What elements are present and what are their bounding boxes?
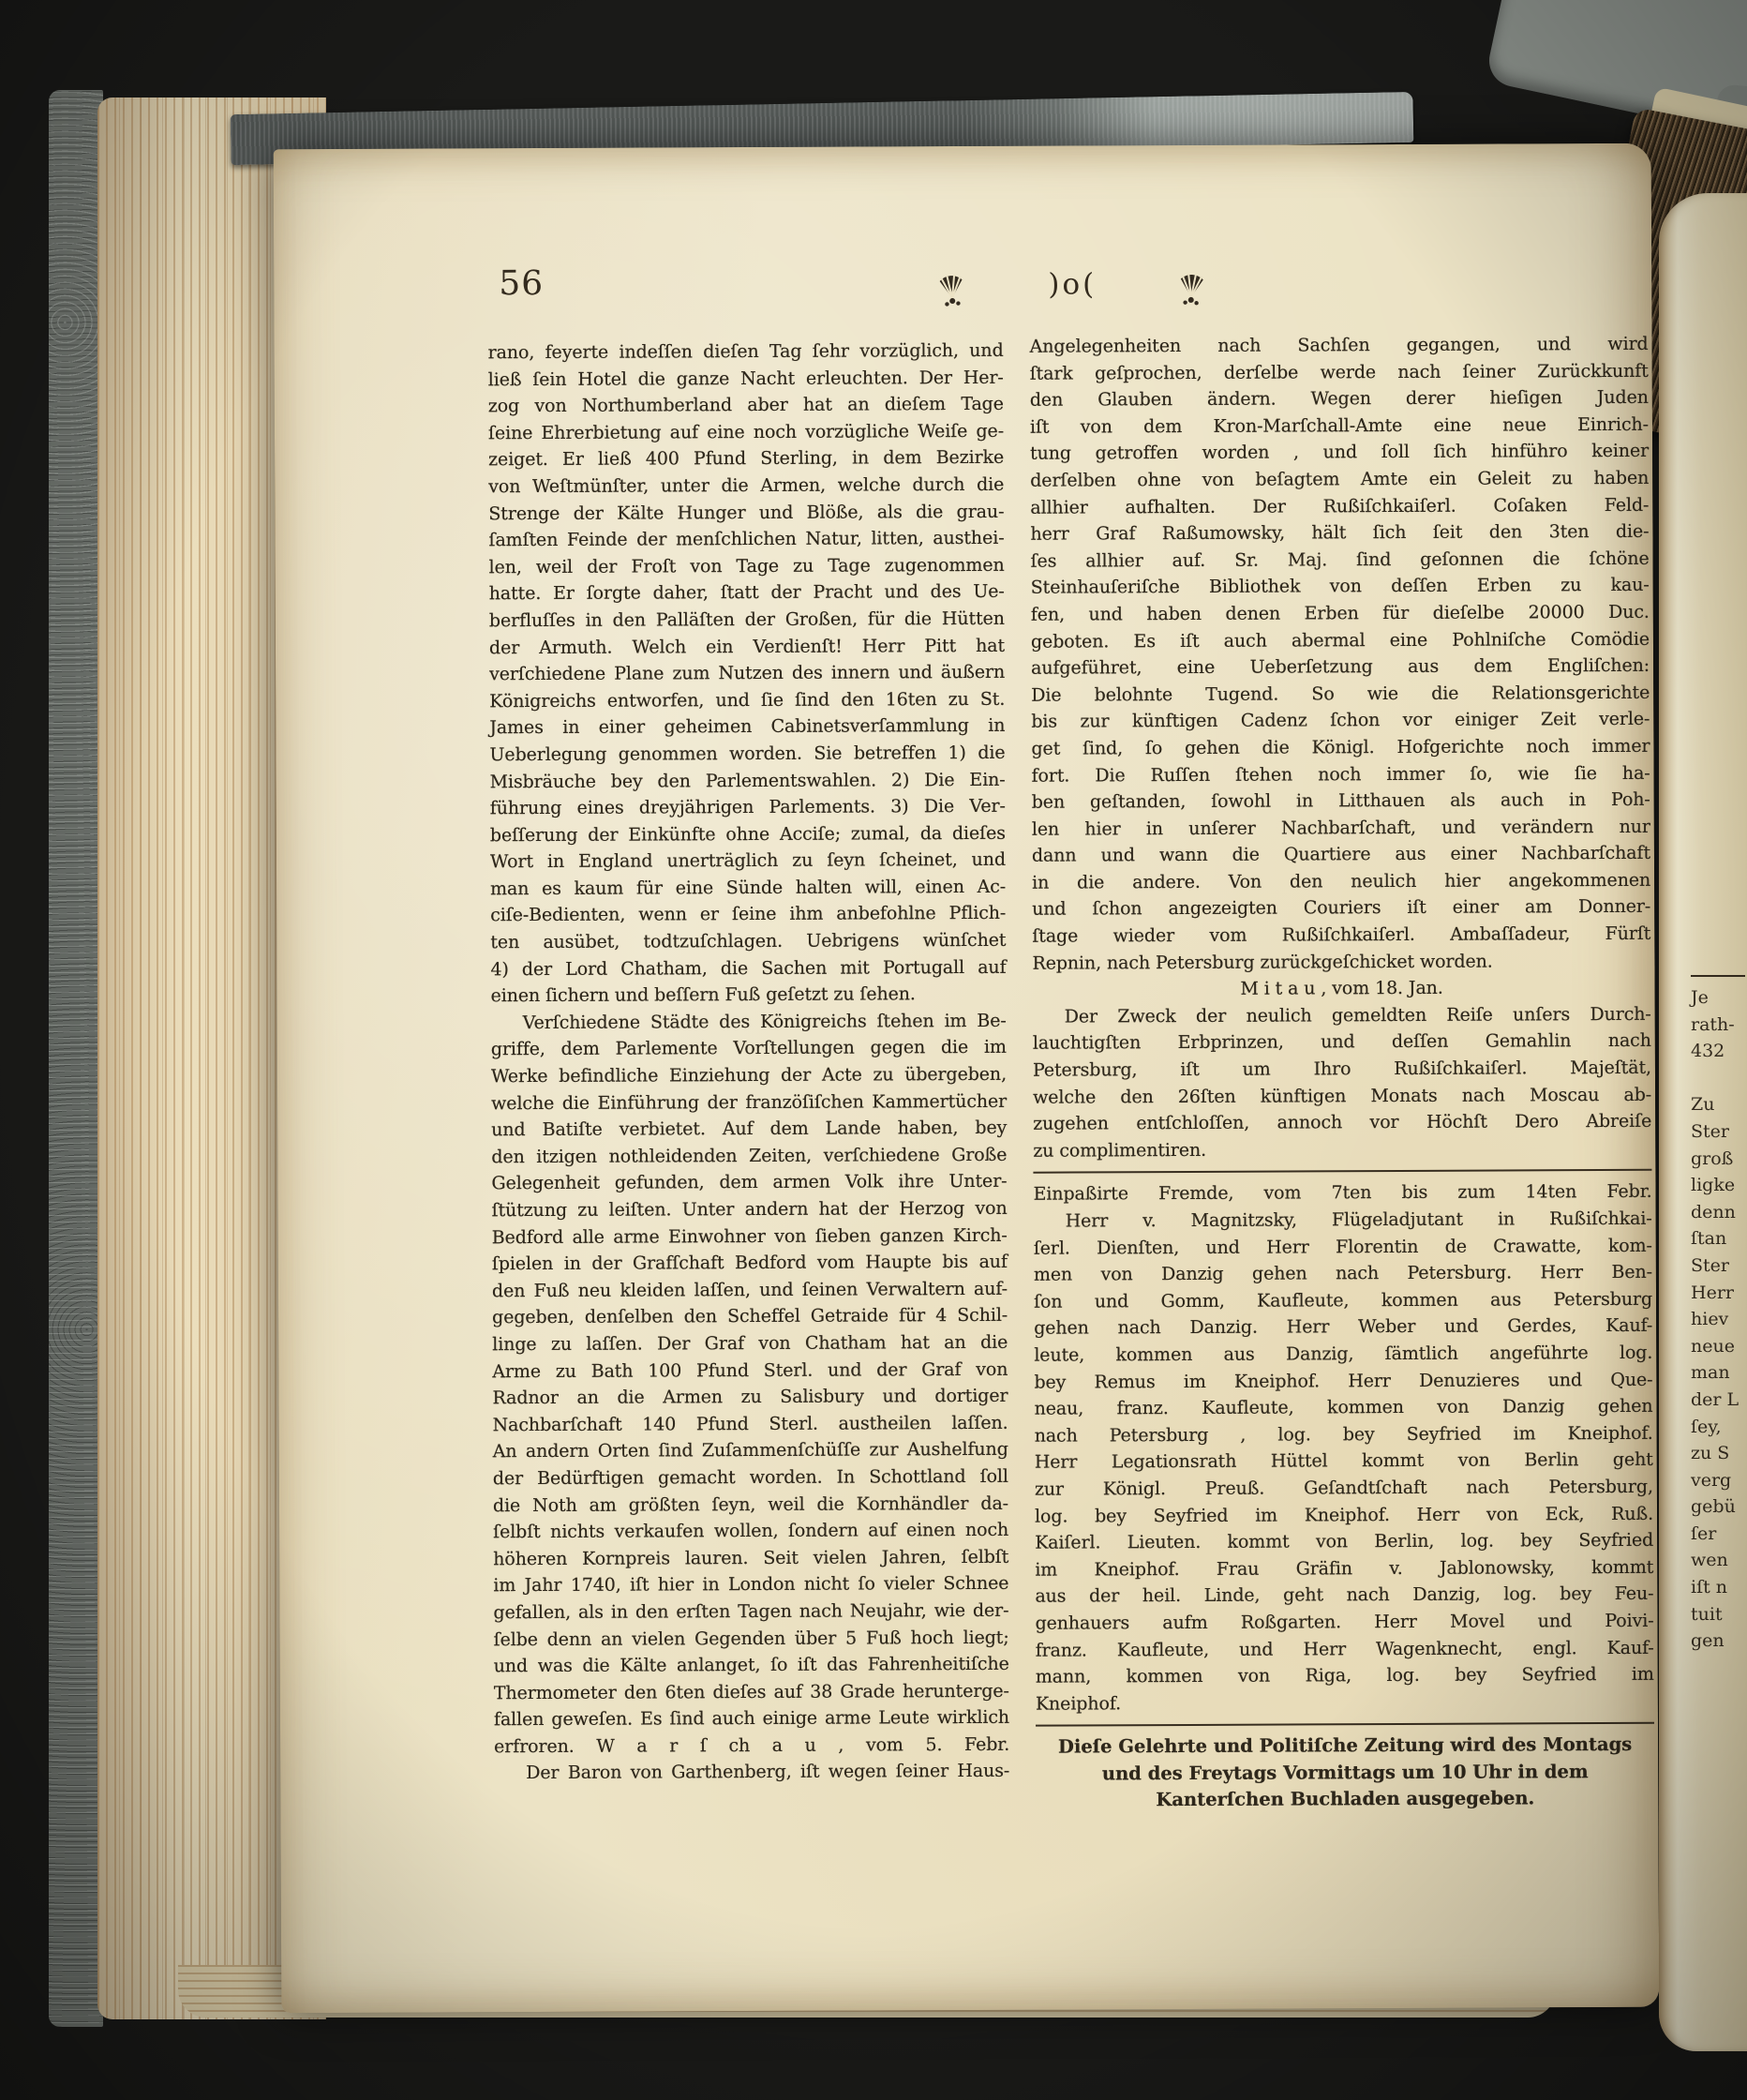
text-line: Strenge der Kälte Hunger und Blöße, als … (488, 498, 1004, 527)
text-line: erfroren. W a r ſ ch a u , vom 5. Febr. (494, 1732, 1009, 1761)
text-line: Einpaßirte Fremde, vom 7ten bis zum 14te… (1033, 1178, 1651, 1207)
text-line: den Glauben ändern. Wegen derer hieſigen… (1030, 384, 1649, 413)
shell-ornament-icon (929, 264, 976, 314)
text-line: len hier in unſerer Nachbarſchaft, und v… (1032, 814, 1650, 843)
text-line: im Jahr 1740, iſt hier in London nicht ſ… (493, 1570, 1008, 1599)
text-line: ſpielen in der Grafſchaft Bedford vom Ha… (492, 1249, 1008, 1278)
text-line: ciſe-Bedienten, wenn er ſeine ihm anbefo… (490, 900, 1006, 929)
text-line: Thermometer den 6ten dieſes auf 38 Grade… (494, 1677, 1009, 1706)
publication-notice: Dieſe Gelehrte und Politiſche Zeitung wi… (1036, 1732, 1654, 1815)
text-fragment: neue (1691, 1333, 1747, 1360)
right-column-text: Angelegenheiten nach Sachſen gegangen, u… (1030, 331, 1655, 1734)
text-line: iſt von dem Kron-Marſchall-Amte eine neu… (1030, 412, 1649, 441)
text-line: herr Graf Raßumowsky, hält ſich ſeit den… (1030, 518, 1649, 547)
text-line: zog von Northumberland aber hat an dieſe… (488, 391, 1004, 420)
text-line: derſelben ohne von beſagtem Amte ein Gel… (1030, 465, 1649, 494)
text-line: Bedford alle arme Einwohner von ſieben g… (492, 1222, 1008, 1251)
text-line: Herr v. Magnitzsky, Flügeladjutant in Ru… (1034, 1206, 1652, 1235)
text-line: ſtark geſprochen, derſelbe werde nach ſe… (1030, 357, 1649, 386)
ornament-separator: )o( (1048, 267, 1097, 301)
text-fragment: ligke (1691, 1172, 1747, 1199)
text-line: Die belohnte Tugend. So wie die Relation… (1031, 680, 1650, 709)
text-fragment: der L (1691, 1387, 1747, 1414)
text-fragment (1691, 967, 1747, 984)
text-line: Arme zu Bath 100 Pfund Sterl. und der Gr… (492, 1356, 1008, 1385)
text-line: Herr Legationsrath Hüttel kommt von Berl… (1035, 1447, 1653, 1476)
text-line: bey Remus im Kneiphof. Herr Denuzieres u… (1034, 1366, 1652, 1395)
text-fragment: rath- (1691, 1012, 1747, 1039)
text-line: den itzigen nothleidenden Zeiten, verſch… (491, 1142, 1007, 1171)
text-line: von Weſtmünſter, unter die Armen, welche… (488, 472, 1004, 501)
text-line: Werke befindliche Einziehung der Acte zu… (491, 1061, 1007, 1090)
text-line: bis zur künftigen Cadenz ſchon vor einig… (1031, 706, 1650, 735)
text-line: mann, kommen von Riga, log. bey Seyfried… (1036, 1661, 1654, 1690)
text-line: griffe, dem Parlemente Vorſtellungen geg… (491, 1034, 1007, 1063)
text-line: allhier aufhalten. Der Rußiſchkaiſerl. C… (1030, 491, 1649, 520)
text-line: zeiget. Er ließ 400 Pfund Sterling, in d… (488, 444, 1004, 473)
text-line: James in einer geheimen Cabinetsverſamml… (489, 712, 1005, 742)
text-line: franz. Kaufleute, und Herr Wagenknecht, … (1036, 1634, 1654, 1663)
text-line: ten ausübet, todtzuſchlagen. Uebrigens w… (490, 927, 1006, 956)
text-fragment: zu S (1691, 1440, 1747, 1467)
text-line: An andern Orten ſind Zuſammenſchüſſe zur… (493, 1436, 1008, 1465)
text-line: ſelbſt nichts verkaufen wollen, ſondern … (493, 1517, 1008, 1546)
text-line: tung getroffen worden , und ſoll ſich hi… (1030, 438, 1649, 467)
text-line: ließ ſein Hotel die ganze Nacht erleucht… (488, 364, 1004, 393)
text-line: gefallen, als in den erſten Tagen nach N… (493, 1597, 1008, 1627)
text-line: men von Danzig gehen nach Petersburg. He… (1034, 1259, 1652, 1288)
text-line: fort. Die Ruſſen ſtehen noch immer ſo, w… (1032, 759, 1650, 788)
text-line: und was die Kälte anlanget, ſo iſt das F… (494, 1651, 1009, 1680)
text-line: lauchtigſten Erbprinzen, und deſſen Gema… (1033, 1027, 1651, 1057)
text-line: Petersburg, iſt um Ihro Rußiſchkaiſerl. … (1033, 1055, 1651, 1084)
newspaper-page: 56 )o( (274, 143, 1660, 2013)
text-line: Misbräuche bey den Parlementswahlen. 2) … (490, 766, 1006, 795)
next-page-text-fragments: Jerath-432ZuStergroßligkedennſtanSterHer… (1691, 967, 1747, 1655)
next-page-fore-edge: Jerath-432ZuStergroßligkedennſtanSterHer… (1659, 193, 1747, 2051)
text-fragment: Zu (1691, 1091, 1747, 1118)
text-line: genhauers aufm Roßgarten. Herr Movel und… (1035, 1608, 1653, 1637)
text-line: M i t a u , vom 18. Jan. (1033, 974, 1651, 1003)
text-fragment: ſer (1691, 1521, 1747, 1548)
text-line: Königreichs entworfen, und ſie ſind den … (489, 686, 1005, 715)
text-line: welche den 26ſten künftigen Monats nach … (1033, 1081, 1651, 1110)
text-fragment: Ster (1691, 1118, 1747, 1146)
left-text-column: rano, feyerte indeſſen dieſen Tag ſehr v… (488, 337, 1010, 1787)
text-line: Verſchiedene Städte des Königreichs ſteh… (491, 1008, 1007, 1037)
text-line: rano, feyerte indeſſen dieſen Tag ſehr v… (488, 337, 1004, 367)
text-line: linge zu laſſen. Der Graf von Chatham ha… (492, 1329, 1008, 1358)
text-fragment: gebü (1691, 1493, 1747, 1521)
text-fragment: man (1691, 1359, 1747, 1387)
text-line: die Noth am größten ſeyn, weil die Kornh… (493, 1490, 1008, 1519)
text-line: Gelegenheit gefunden, dem armen Volk ihr… (491, 1168, 1007, 1197)
text-line: im Kneiphof. Frau Gräfin v. Jablonowsky,… (1035, 1554, 1653, 1583)
notice-line: Dieſe Gelehrte und Politiſche Zeitung wi… (1036, 1732, 1654, 1761)
text-fragment: ſey, (1691, 1414, 1747, 1441)
text-fragment: denn (1691, 1199, 1747, 1226)
text-line: zugehen entſchloſſen, annoch vor Höchſt … (1033, 1108, 1651, 1137)
text-fragment: 432 (1691, 1038, 1747, 1065)
text-line: ſerl. Dienſten, und Herr Florentin de Cr… (1034, 1232, 1652, 1261)
text-line: Nachbarſchaft 140 Pfund Sterl. austheile… (493, 1410, 1008, 1439)
text-fragment: groß (1691, 1146, 1747, 1173)
text-line: fallen geweſen. Es ſind auch einige arme… (494, 1704, 1009, 1733)
text-fragment: Ster (1691, 1252, 1747, 1280)
notice-line: und des Freytags Vormittags um 10 Uhr in… (1036, 1759, 1654, 1788)
text-line: log. bey Seyfried im Kneiphof. Herr von … (1035, 1500, 1653, 1529)
text-fragment: wen (1691, 1547, 1747, 1574)
text-line: leute, kommen aus Danzig, ſämtlich angef… (1034, 1340, 1652, 1369)
text-line: führung eines dreyjährigen Parlements. 3… (490, 793, 1006, 822)
text-line: get ſind, ſo gehen die Königl. Hofgerich… (1031, 733, 1650, 762)
text-line: und ſchon angezeigten Couriers iſt einer… (1032, 893, 1650, 922)
text-line: Kaiſerl. Lieuten. kommt von Berlin, log.… (1035, 1527, 1653, 1556)
text-line: welche die Einführung der franzöſiſchen … (491, 1087, 1007, 1117)
text-line: geboten. Es iſt auch abermal eine Pohlni… (1031, 625, 1650, 654)
text-line: neau, franz. Kaufleute, kommen von Danzi… (1034, 1393, 1652, 1422)
notice-line: Kanterſchen Buchladen ausgegeben. (1036, 1785, 1654, 1814)
text-line: nach Petersburg , log. bey Seyfried im K… (1035, 1420, 1653, 1449)
shell-ornament-icon (1169, 264, 1214, 313)
text-line: ſes allhier auf. Sr. Maj. ſind geſonnen … (1031, 546, 1650, 575)
text-line: Wort in England unerträglich zu ſeyn ſch… (490, 847, 1006, 876)
book-scan-photo: 56 )o( (0, 0, 1747, 2100)
text-line: ben geſtanden, ſowohl in Litthauen als a… (1032, 787, 1650, 816)
text-line (1033, 1162, 1651, 1181)
text-line: Der Baron von Garthenberg, iſt wegen ſei… (494, 1758, 1009, 1787)
text-line: Repnin, nach Petersburg zurückgeſchicket… (1032, 947, 1650, 976)
text-line: ſtützung zu leiſten. Unter andern hat de… (492, 1195, 1008, 1224)
text-line (1036, 1715, 1654, 1734)
text-line: man es kaum für eine Sünde halten will, … (490, 874, 1006, 903)
text-line: den Fuß neu kleiden laſſen, und ſeinen V… (492, 1276, 1008, 1305)
text-fragment: Herr (1691, 1280, 1747, 1307)
text-line: beſſerung der Einkünfte ohne Acciſe; zum… (490, 820, 1006, 849)
text-line: Der Zweck der neulich gemeldten Reiſe un… (1033, 1001, 1651, 1030)
text-line: 4) der Lord Chatham, die Sachen mit Port… (490, 953, 1006, 982)
text-line: berfluſſes in den Palläſten der Großen, … (489, 606, 1005, 635)
text-line: in die andere. Von den neulich hier ange… (1032, 867, 1650, 896)
text-line: Ueberlegung genommen worden. Sie betreff… (489, 740, 1005, 769)
text-line: ſamſten Feinde der menſchlichen Natur, l… (488, 525, 1004, 554)
text-line: ſeine Ehrerbietung auf eine noch vorzügl… (488, 418, 1004, 447)
page-number: 56 (499, 264, 544, 303)
text-line: ſtage wieder vom Rußiſchkaiſerl. Ambaſſa… (1032, 921, 1650, 950)
text-line: höheren Kornpreis lauren. Seit vielen Ja… (493, 1544, 1008, 1573)
text-fragment: hiev (1691, 1306, 1747, 1333)
text-line: zur Königl. Preuß. Geſandtſchaft nach Pe… (1035, 1474, 1653, 1503)
text-line: zu complimentiren. (1033, 1135, 1651, 1164)
book-cover-spine (49, 90, 103, 2027)
text-fragment: ſtan (1691, 1225, 1747, 1252)
text-line: fen, und haben denen Erben für dieſelbe … (1031, 599, 1650, 628)
text-line: Steinhauſeriſche Bibliothek von deſſen E… (1031, 572, 1650, 601)
text-line: Angelegenheiten nach Sachſen gegangen, u… (1030, 331, 1649, 360)
text-fragment: Je (1691, 984, 1747, 1012)
text-line: hatte. Er ſorgte daher, ſtatt der Pracht… (489, 578, 1005, 607)
text-line: gehen nach Danzig. Herr Weber und Gerdes… (1034, 1312, 1652, 1342)
text-line: und Batiſte verbietet. Auf dem Lande hab… (491, 1115, 1007, 1144)
text-line: len, weil der Froſt von Tage zu Tage zug… (489, 552, 1005, 581)
text-line: verſchiedene Plane zum Nutzen des innern… (489, 659, 1005, 688)
text-fragment: gen (1691, 1627, 1747, 1655)
text-line: ſelbe denn an vielen Gegenden über 5 Fuß… (494, 1624, 1009, 1653)
text-line: der Armuth. Welch ein Verdienſt! Herr Pi… (489, 632, 1005, 661)
text-line: ſon und Gomm, Kaufleute, kommen aus Pete… (1034, 1286, 1652, 1315)
text-fragment: tuit (1691, 1601, 1747, 1628)
right-text-column: Angelegenheiten nach Sachſen gegangen, u… (1030, 331, 1655, 1815)
text-line: gegeben, denſelben den Scheffel Getraide… (492, 1302, 1008, 1331)
text-line: einen ſichern und beſſern Fuß geſetzt zu… (491, 981, 1007, 1010)
text-line: der Bedürftigen gemacht worden. In Schot… (493, 1463, 1008, 1492)
text-fragment (1691, 1065, 1747, 1092)
text-fragment: iſt n (1691, 1574, 1747, 1601)
text-line: Kneiphof. (1036, 1687, 1654, 1717)
text-line: aufgeführet, eine Ueberſetzung aus dem E… (1031, 652, 1650, 682)
text-line: aus der heil. Linde, geht nach Danzig, l… (1035, 1581, 1653, 1610)
text-fragment: verg (1691, 1467, 1747, 1494)
text-line: dann und wann die Quartiere aus einer Na… (1032, 840, 1650, 869)
text-line: Radnor an die Armen zu Salisbury und dor… (492, 1383, 1008, 1412)
